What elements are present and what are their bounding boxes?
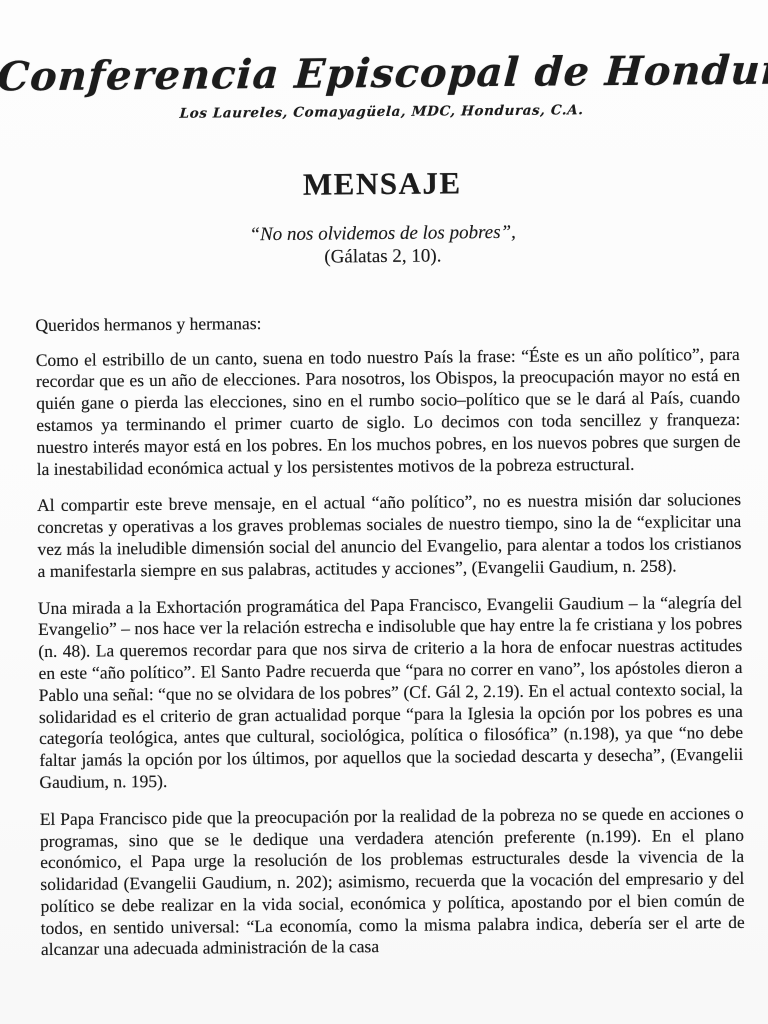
letterhead: Conferencia Episcopal de Honduras Los La…: [0, 0, 766, 123]
organization-address: Los Laureles, Comayagüela, MDC, Honduras…: [0, 101, 766, 124]
document-page: Conferencia Episcopal de Honduras Los La…: [0, 0, 768, 1024]
scanned-content: Conferencia Episcopal de Honduras Los La…: [0, 0, 768, 962]
document-paragraph: Al compartir este breve mensaje, en el a…: [37, 489, 742, 582]
document-paragraph: Una mirada a la Exhortación programática…: [38, 591, 744, 793]
document-title: MENSAJE: [0, 163, 766, 206]
greeting-line: Queridos hermanos y hermanas:: [35, 309, 739, 337]
document-paragraph: Como el estribillo de un canto, suena en…: [36, 343, 741, 480]
organization-name: Conferencia Episcopal de Honduras: [0, 49, 767, 100]
document-body: Queridos hermanos y hermanas: Como el es…: [35, 309, 745, 962]
document-paragraph: El Papa Francisco pide que la preocupaci…: [40, 803, 745, 962]
